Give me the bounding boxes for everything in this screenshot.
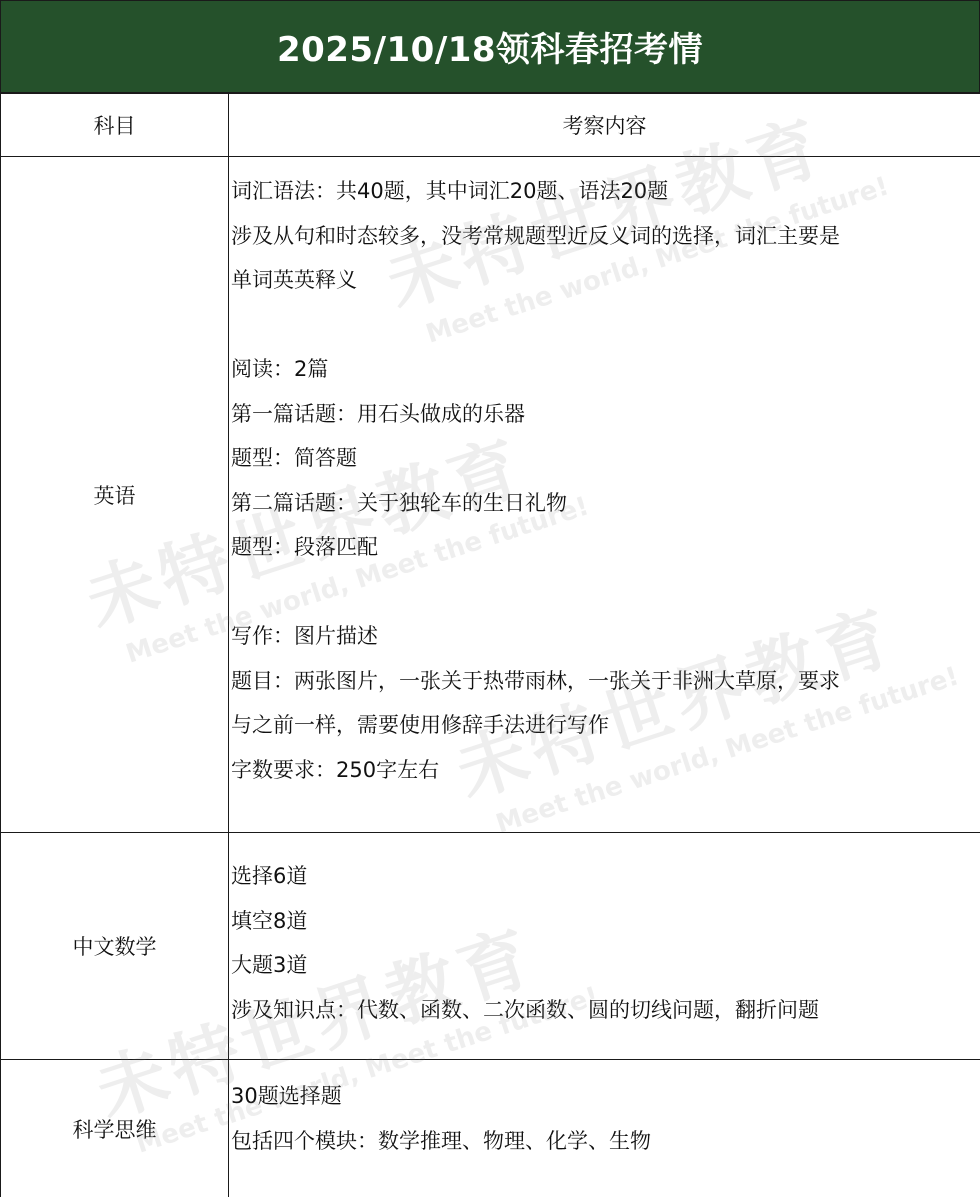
content-line: 字数要求：250字左右 [229, 748, 980, 793]
content-line: 与之前一样，需要使用修辞手法进行写作 [229, 703, 980, 748]
subject-cell: 英语 [1, 157, 229, 833]
exam-table: 科目 考察内容 英语 词汇语法：共40题，其中词汇20题、语法20题 涉及从句和… [0, 93, 980, 1197]
header-subject: 科目 [1, 94, 229, 157]
content-line: 填空8道 [229, 899, 980, 944]
content-cell: 选择6道 填空8道 大题3道 涉及知识点：代数、函数、二次函数、圆的切线问题，翻… [229, 833, 980, 1060]
content-line: 选择6道 [229, 854, 980, 899]
header-content: 考察内容 [229, 94, 980, 157]
content-line: 阅读：2篇 [229, 347, 980, 392]
content-cell: 词汇语法：共40题，其中词汇20题、语法20题 涉及从句和时态较多，没考常规题型… [229, 157, 980, 833]
table-row-english: 英语 词汇语法：共40题，其中词汇20题、语法20题 涉及从句和时态较多，没考常… [1, 157, 980, 833]
title-bar: 2025/10/18领科春招考情 [0, 0, 980, 93]
content-cell: 30题选择题 包括四个模块：数学推理、物理、化学、生物 [229, 1060, 980, 1197]
content-line: 涉及从句和时态较多，没考常规题型近反义词的选择，词汇主要是 [229, 214, 980, 259]
blank-line [229, 570, 980, 615]
subject-cell: 中文数学 [1, 833, 229, 1060]
content-line: 单词英英释义 [229, 258, 980, 303]
content-line: 涉及知识点：代数、函数、二次函数、圆的切线问题，翻折问题 [229, 988, 980, 1033]
content-line: 第二篇话题：关于独轮车的生日礼物 [229, 481, 980, 526]
content-line: 第一篇话题：用石头做成的乐器 [229, 392, 980, 437]
content-line: 写作：图片描述 [229, 614, 980, 659]
blank-line [229, 303, 980, 348]
content-line: 题目：两张图片，一张关于热带雨林，一张关于非洲大草原，要求 [229, 659, 980, 704]
content-line: 大题3道 [229, 943, 980, 988]
content-line: 题型：简答题 [229, 436, 980, 481]
content-line: 词汇语法：共40题，其中词汇20题、语法20题 [229, 169, 980, 214]
subject-cell: 科学思维 [1, 1060, 229, 1197]
table-header-row: 科目 考察内容 [1, 94, 980, 157]
exam-summary-sheet: 2025/10/18领科春招考情 科目 考察内容 英语 词汇语法：共40题，其中… [0, 0, 980, 1197]
content-line: 30题选择题 [229, 1074, 980, 1119]
table-row-science: 科学思维 30题选择题 包括四个模块：数学推理、物理、化学、生物 [1, 1060, 980, 1197]
page-title: 2025/10/18领科春招考情 [277, 22, 703, 71]
content-line: 题型：段落匹配 [229, 525, 980, 570]
content-line: 包括四个模块：数学推理、物理、化学、生物 [229, 1119, 980, 1164]
table-row-math: 中文数学 选择6道 填空8道 大题3道 涉及知识点：代数、函数、二次函数、圆的切… [1, 833, 980, 1060]
